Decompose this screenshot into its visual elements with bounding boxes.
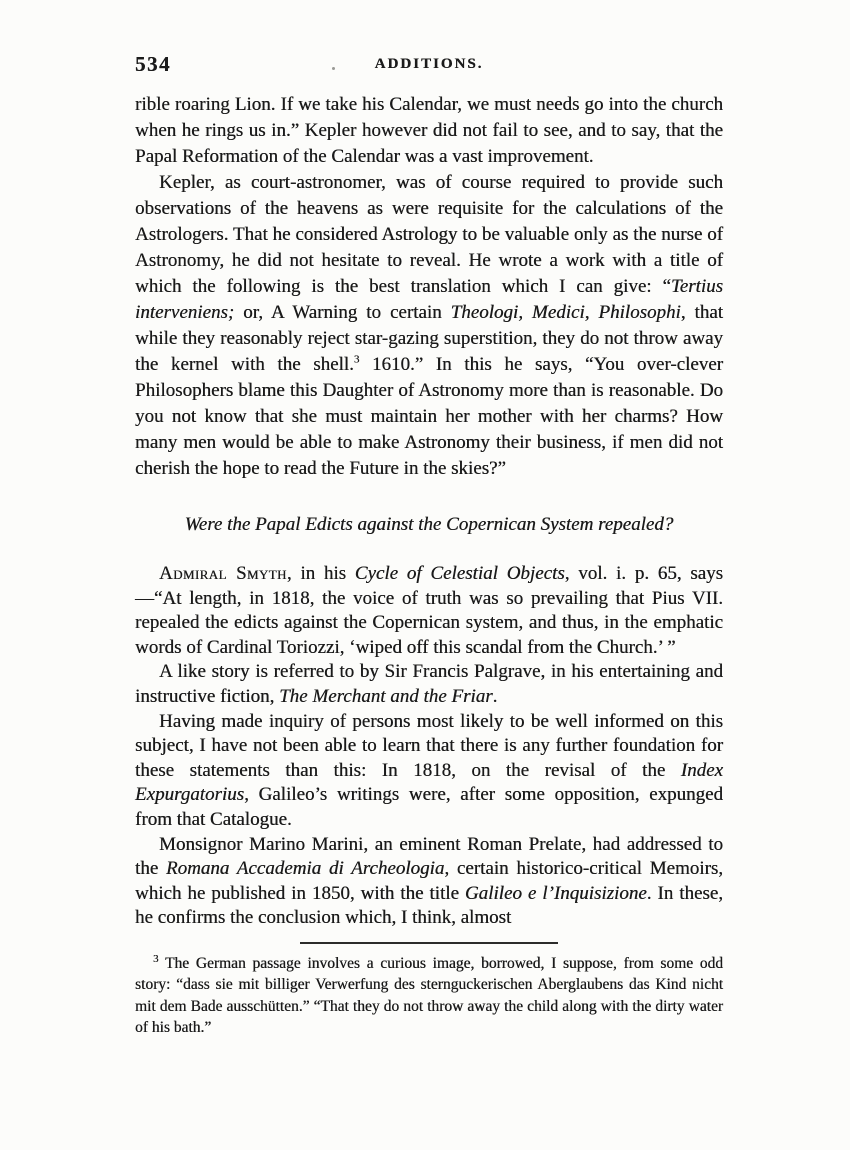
body-text-lower: Admiral Smyth, in his Cycle of Celestial… bbox=[135, 562, 723, 931]
body-text-upper: rible roaring Lion. If we take his Calen… bbox=[135, 92, 723, 482]
paragraph: Having made inquiry of persons most like… bbox=[135, 710, 723, 833]
paragraph: Monsignor Marino Marini, an eminent Roma… bbox=[135, 833, 723, 931]
text-run: Romana Accademia di Archeologia bbox=[166, 858, 444, 879]
paragraph: A like story is referred to by Sir Franc… bbox=[135, 660, 723, 709]
paragraph: Admiral Smyth, in his Cycle of Celestial… bbox=[135, 562, 723, 660]
footnote: 3 The German passage involves a curious … bbox=[135, 953, 723, 1039]
page-number: 534 bbox=[135, 52, 171, 77]
text-run: Having made inquiry of persons most like… bbox=[135, 711, 723, 781]
footnote-rule bbox=[300, 942, 558, 944]
text-run: rible roaring Lion. If we take his Calen… bbox=[135, 94, 723, 167]
running-title: ADDITIONS. bbox=[135, 52, 723, 73]
text-run: . bbox=[493, 686, 498, 707]
page-header: 534 ADDITIONS. bbox=[135, 52, 723, 76]
text-run: Galileo e l’Inquisizione bbox=[465, 883, 647, 904]
text-run: Kepler, as court-astronomer, was of cour… bbox=[135, 172, 723, 297]
book-page: 534 ADDITIONS. rible roaring Lion. If we… bbox=[0, 0, 850, 1150]
paragraph: rible roaring Lion. If we take his Calen… bbox=[135, 92, 723, 170]
text-run: or, A Warning to certain bbox=[234, 302, 450, 323]
paragraph: 3 The German passage involves a curious … bbox=[135, 953, 723, 1039]
paragraph: Kepler, as court-astronomer, was of cour… bbox=[135, 170, 723, 482]
section-heading: Were the Papal Edicts against the Copern… bbox=[135, 512, 723, 538]
text-run: The Merchant and the Friar bbox=[279, 686, 493, 707]
text-run: Cycle of Celestial Objects bbox=[355, 563, 565, 584]
text-run: Theologi, Medici, Philosophi bbox=[451, 302, 681, 323]
text-run: The German passage involves a curious im… bbox=[135, 955, 723, 1037]
text-run: , in his bbox=[287, 563, 355, 584]
text-run: Admiral Smyth bbox=[159, 563, 287, 584]
text-column: 534 ADDITIONS. rible roaring Lion. If we… bbox=[135, 52, 723, 1039]
